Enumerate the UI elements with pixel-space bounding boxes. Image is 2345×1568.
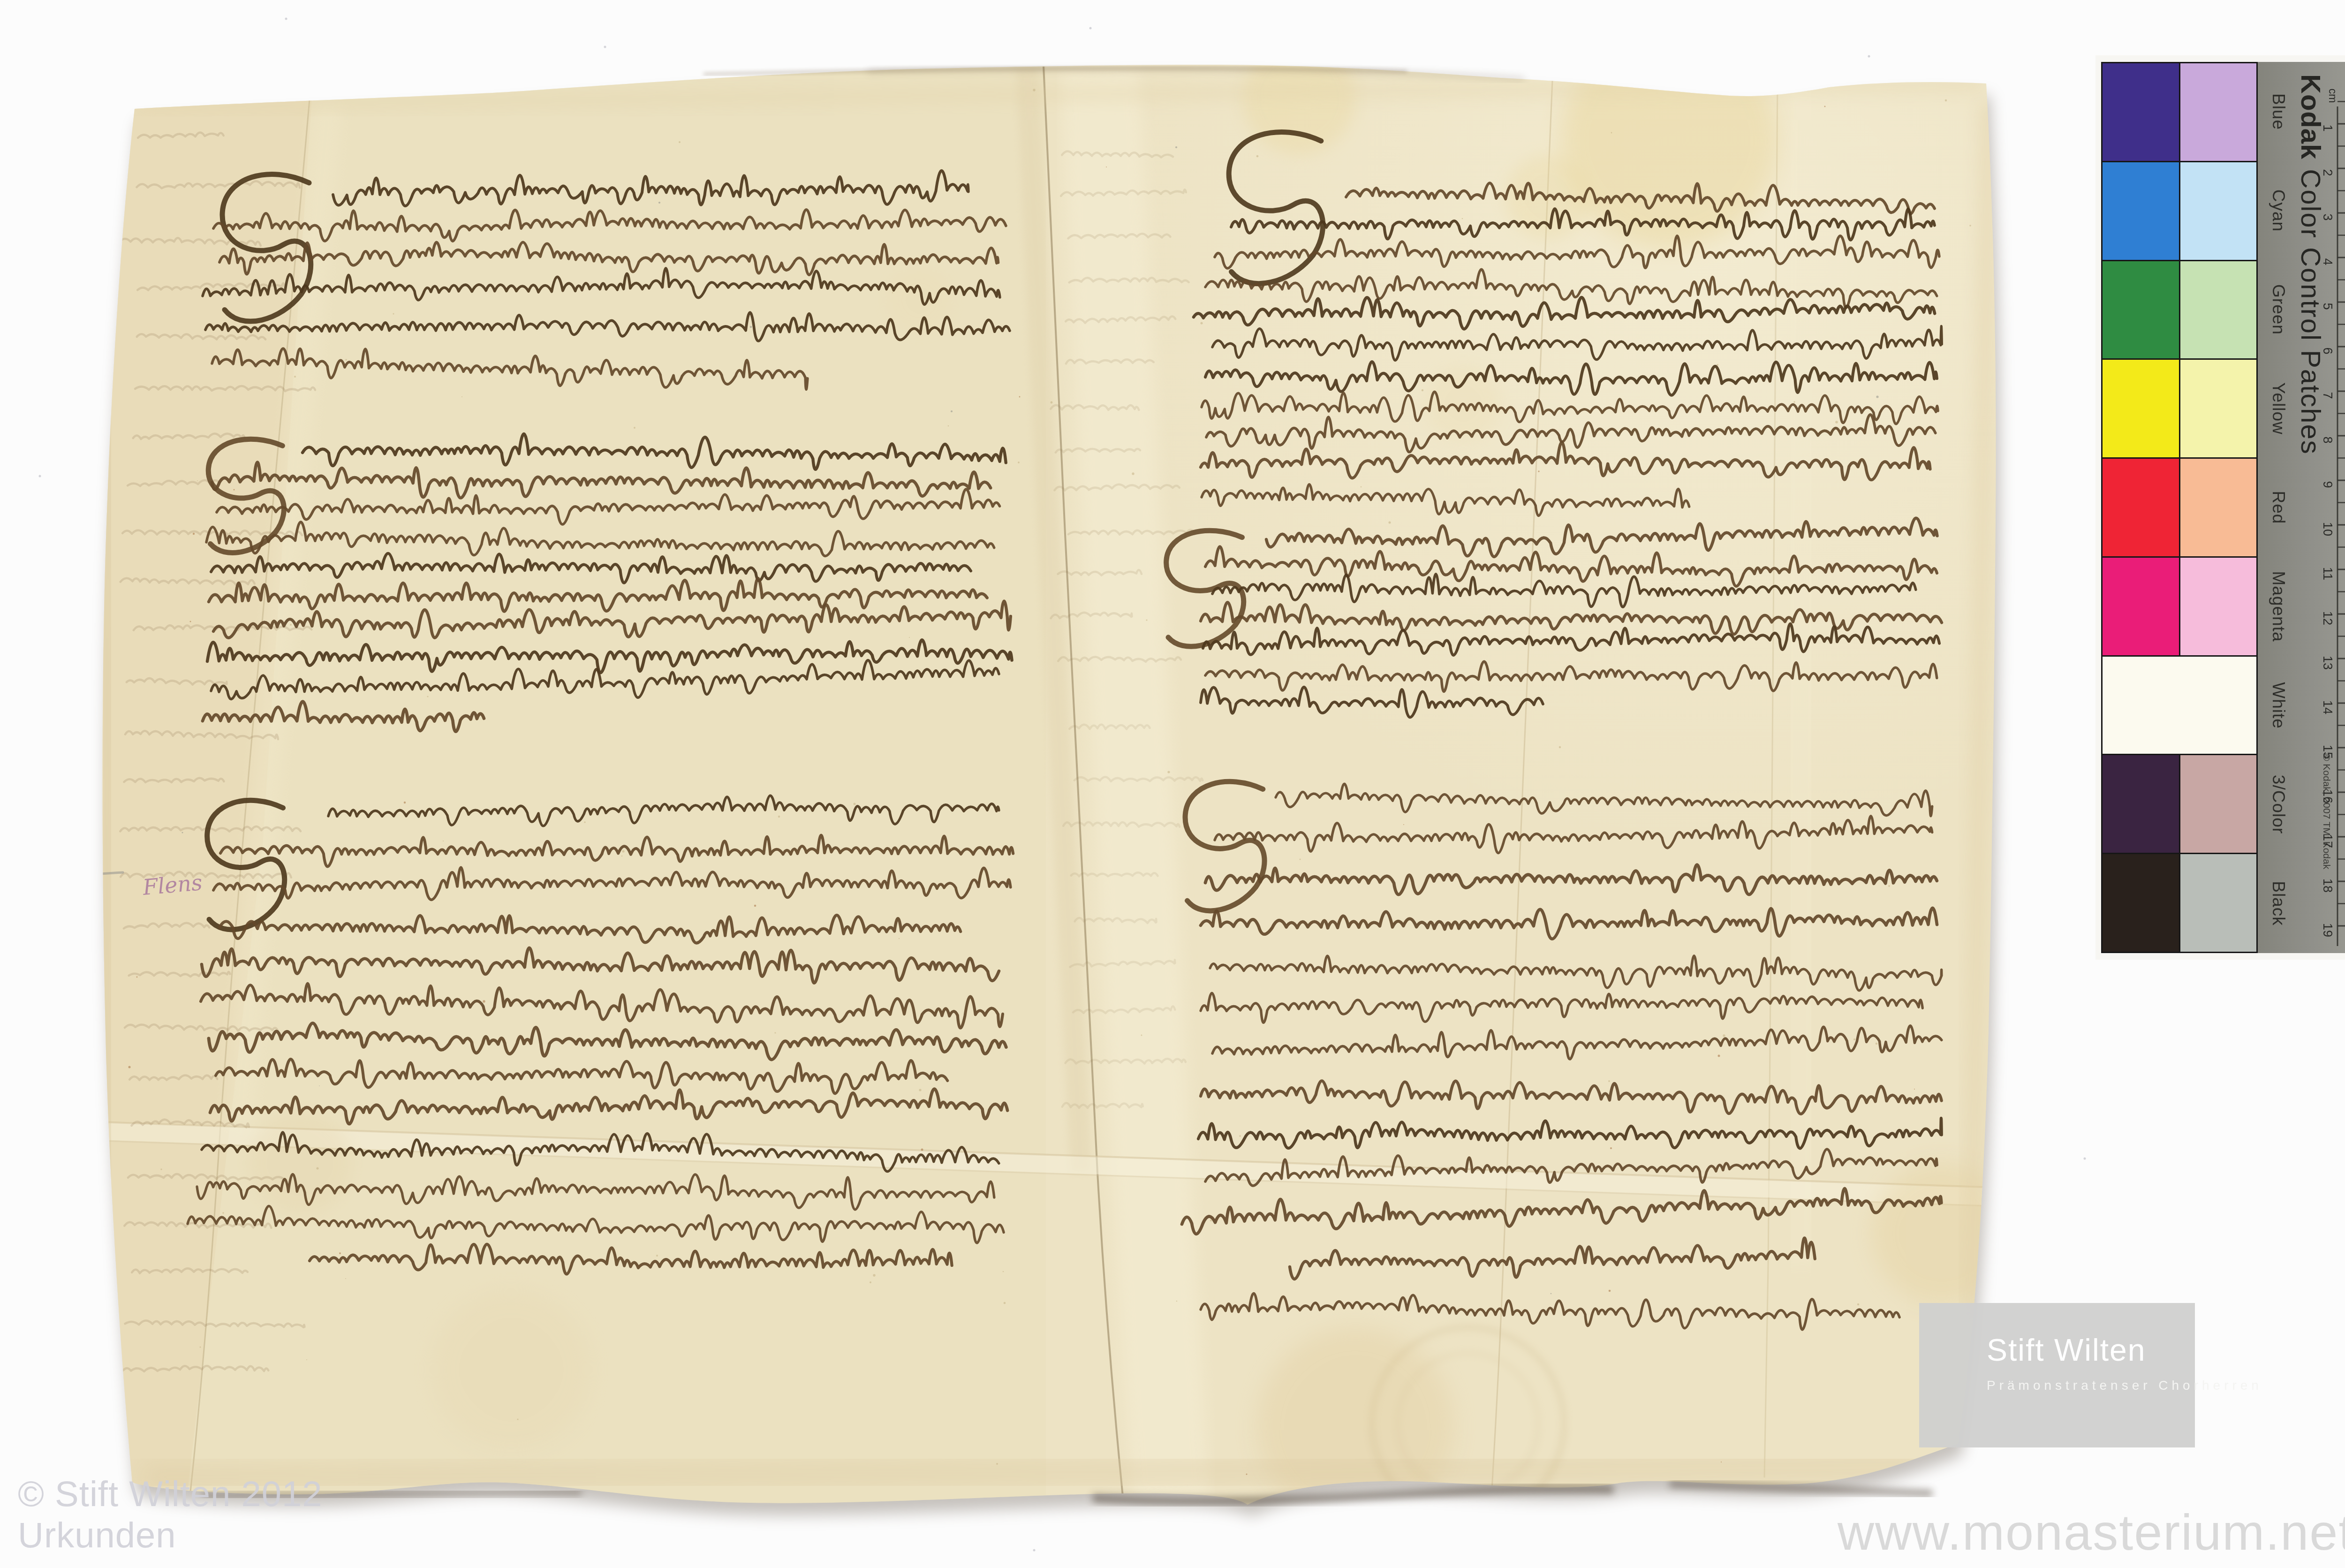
- cm-number: 17: [2321, 834, 2335, 848]
- paper-fleck: [1538, 470, 1539, 472]
- paper-fleck: [892, 292, 893, 294]
- paper-fleck: [317, 1167, 319, 1170]
- paper-fleck: [1551, 1293, 1552, 1295]
- paper-fleck: [1914, 1089, 1915, 1090]
- paper-fleck: [1610, 1147, 1612, 1149]
- paper-fleck: [1210, 1220, 1212, 1221]
- color-patch-grid: [2101, 62, 2258, 953]
- paper-fleck: [622, 850, 624, 852]
- marginal-note-flens: Flens: [141, 870, 203, 900]
- paper-fleck: [1763, 257, 1764, 258]
- paper-fleck: [870, 1281, 871, 1283]
- paper-fleck: [1853, 1038, 1855, 1040]
- paper-fleck: [899, 938, 900, 939]
- dust-speck: [39, 475, 41, 477]
- paper-fleck: [1611, 132, 1612, 134]
- paper-fleck: [1835, 421, 1838, 424]
- dust-speck: [1089, 27, 1092, 30]
- paper-fleck: [621, 856, 623, 857]
- paper-fleck: [774, 1032, 776, 1033]
- paper-fleck: [1239, 1135, 1241, 1137]
- patch-3-color-tint: [2180, 755, 2257, 853]
- cm-number: 15: [2321, 745, 2335, 759]
- cm-number: 1: [2321, 124, 2335, 131]
- paper-fleck: [345, 1278, 346, 1279]
- paper-fleck: [290, 624, 292, 626]
- paper-fleck: [1945, 99, 1947, 101]
- copyright-line-1: © Stift Wilten 2012: [18, 1474, 323, 1515]
- patch-black-solid: [2103, 854, 2179, 952]
- patch-blue-tint: [2180, 63, 2257, 161]
- patch-3-color-solid: [2103, 755, 2179, 853]
- paper-fleck: [1201, 322, 1203, 325]
- cm-number: 11: [2321, 567, 2335, 580]
- paper-fleck: [1389, 522, 1391, 524]
- patch-green-tint: [2180, 261, 2257, 359]
- paper-fleck: [1559, 746, 1561, 748]
- paper-fleck: [996, 1463, 998, 1465]
- cm-number: 13: [2321, 656, 2335, 670]
- paper-fleck: [1608, 1080, 1610, 1082]
- cm-number: 8: [2321, 436, 2335, 443]
- paper-fleck: [339, 1252, 341, 1254]
- paper-fleck: [1462, 218, 1463, 220]
- patch-cyan-solid: [2103, 162, 2179, 260]
- paper-fleck: [754, 905, 756, 907]
- patch-label-blue: Blue: [2269, 93, 2288, 129]
- paper-fleck: [1106, 167, 1107, 167]
- paper-fleck: [393, 313, 394, 314]
- paper-fleck: [1793, 401, 1795, 403]
- paper-fleck: [1018, 462, 1020, 463]
- paper-fleck: [1167, 771, 1170, 773]
- paper-fleck: [427, 696, 428, 697]
- paper-fleck: [634, 427, 635, 429]
- paper-fleck: [517, 1418, 518, 1420]
- dust-speck: [2084, 1158, 2086, 1160]
- paper-fleck: [200, 1347, 201, 1348]
- paper-fleck: [1718, 1055, 1720, 1057]
- patch-label-yellow: Yellow: [2269, 382, 2288, 435]
- cm-number: 14: [2321, 700, 2335, 714]
- cm-number: 5: [2321, 303, 2335, 310]
- paper-fleck: [682, 806, 683, 807]
- archive-scan-page: { "page": {"width": 5200, "height": 3343…: [0, 0, 2345, 1568]
- paper-fleck: [1876, 1043, 1878, 1045]
- paper-fleck: [190, 621, 191, 622]
- cm-number: 4: [2321, 258, 2335, 265]
- paper-fleck: [658, 202, 660, 204]
- paper-fleck: [656, 1255, 658, 1257]
- monasterium-watermark: www.monasterium.net: [1838, 1503, 2345, 1561]
- paper-fleck: [887, 1223, 888, 1224]
- archive-info-box: Stift Wilten Prämonstratenser Chorherren: [1919, 1303, 2195, 1447]
- paper-fleck: [1246, 1474, 1248, 1475]
- patch-label-magenta: Magenta: [2269, 571, 2288, 642]
- archive-order: Prämonstratenser Chorherren: [1987, 1378, 2195, 1393]
- paper-fleck: [873, 1274, 875, 1276]
- patch-label-white: White: [2269, 682, 2288, 729]
- cm-number: 6: [2321, 347, 2335, 354]
- paper-fleck: [443, 841, 444, 841]
- paper-fleck: [461, 396, 462, 397]
- paper-fleck: [1723, 1034, 1725, 1037]
- cm-number: 16: [2321, 789, 2335, 803]
- copyright-watermark: © Stift Wilten 2012 Urkunden: [18, 1474, 323, 1556]
- paper-fleck: [1132, 472, 1134, 475]
- paper-fleck: [909, 637, 910, 638]
- patch-label-red: Red: [2269, 491, 2288, 524]
- paper-fleck: [1019, 396, 1021, 398]
- paper-fleck: [193, 533, 195, 535]
- gray-ruler-panel: KodakColor Control Patches © Kodak, 2007…: [2258, 62, 2345, 953]
- cm-number: 18: [2321, 879, 2335, 893]
- paper-fleck: [1403, 824, 1404, 825]
- patch-yellow-solid: [2103, 360, 2179, 457]
- paper-fleck: [854, 803, 856, 805]
- paper-fleck: [750, 326, 752, 328]
- paper-fleck: [1721, 1462, 1722, 1462]
- archive-name: Stift Wilten: [1987, 1332, 2195, 1368]
- paper-fleck: [136, 977, 138, 978]
- patch-white-solid: [2103, 657, 2256, 754]
- patch-yellow-tint: [2180, 360, 2257, 457]
- cm-label: cm: [2327, 89, 2339, 103]
- patch-label-green: Green: [2269, 284, 2288, 335]
- patch-blue-solid: [2103, 63, 2179, 161]
- patch-label-black: Black: [2269, 881, 2288, 925]
- cm-number: 3: [2321, 213, 2335, 220]
- paper-fleck: [1033, 89, 1035, 91]
- copyright-line-2: Urkunden: [18, 1515, 323, 1556]
- kodak-color-control-strip: KodakColor Control Patches © Kodak, 2007…: [2095, 55, 2345, 960]
- paper-fleck: [921, 1149, 923, 1151]
- dust-speck: [285, 18, 287, 20]
- paper-fleck: [1256, 155, 1259, 158]
- paper-fleck: [182, 832, 183, 833]
- paper-fleck: [1888, 885, 1890, 887]
- paper-fleck: [1378, 1133, 1379, 1134]
- paper-fleck: [1146, 619, 1147, 621]
- paper-fleck: [948, 425, 949, 427]
- patch-magenta-tint: [2180, 558, 2257, 655]
- paper-fleck: [1824, 106, 1826, 107]
- paper-fleck: [951, 410, 953, 412]
- cm-number: 19: [2321, 923, 2335, 937]
- patch-red-solid: [2103, 459, 2179, 556]
- cm-number: 9: [2321, 481, 2335, 488]
- paper-fleck: [404, 802, 406, 803]
- paper-fleck: [129, 1066, 131, 1068]
- paper-fleck: [584, 821, 586, 823]
- paper-fleck: [1609, 1290, 1611, 1292]
- paper-fleck: [1361, 486, 1362, 488]
- paper-fleck: [160, 1168, 162, 1170]
- paper-fleck: [197, 480, 198, 481]
- cm-number: 10: [2321, 522, 2335, 536]
- paper-fleck: [919, 1089, 921, 1091]
- paper-fleck: [1004, 1302, 1006, 1304]
- patch-label-cyan: Cyan: [2269, 189, 2288, 231]
- paper-fleck: [1300, 859, 1301, 860]
- paper-fleck: [1059, 409, 1060, 409]
- edge-shade-bottom: [141, 1467, 1923, 1477]
- paper-fleck: [1422, 389, 1423, 391]
- paper-fleck: [1175, 146, 1177, 148]
- patch-magenta-solid: [2103, 558, 2179, 655]
- paper-fleck: [679, 141, 681, 143]
- paper-fleck: [345, 359, 347, 360]
- patch-black-tint: [2180, 854, 2257, 952]
- patch-label-3-color: 3/Color: [2269, 774, 2288, 833]
- paper-fleck: [483, 1000, 485, 1002]
- paper-fleck: [1051, 401, 1053, 404]
- edge-shade-left: [106, 141, 109, 1454]
- cm-number: 2: [2321, 169, 2335, 176]
- patch-green-solid: [2103, 261, 2179, 359]
- paper-fleck: [1176, 1301, 1177, 1302]
- paper-fleck: [1003, 1271, 1004, 1273]
- paper-fleck: [1846, 290, 1847, 291]
- paper-fleck: [778, 816, 780, 818]
- cm-number: 7: [2321, 392, 2335, 399]
- dust-speck: [1868, 55, 1870, 58]
- patch-red-tint: [2180, 459, 2257, 556]
- patch-cyan-tint: [2180, 162, 2257, 260]
- paper-fleck: [1969, 225, 1971, 227]
- paper-fleck: [1857, 1303, 1859, 1305]
- dust-speck: [1033, 1549, 1036, 1552]
- paper-fleck: [1876, 395, 1878, 398]
- dust-speck: [604, 46, 606, 48]
- paper-fleck: [319, 1085, 320, 1086]
- paper-fleck: [222, 1212, 224, 1214]
- paper-fleck: [306, 1359, 307, 1360]
- cm-number: 12: [2321, 611, 2335, 625]
- paper-fleck: [1141, 1035, 1142, 1036]
- paper-fleck: [234, 489, 235, 491]
- paper-fleck: [294, 376, 296, 378]
